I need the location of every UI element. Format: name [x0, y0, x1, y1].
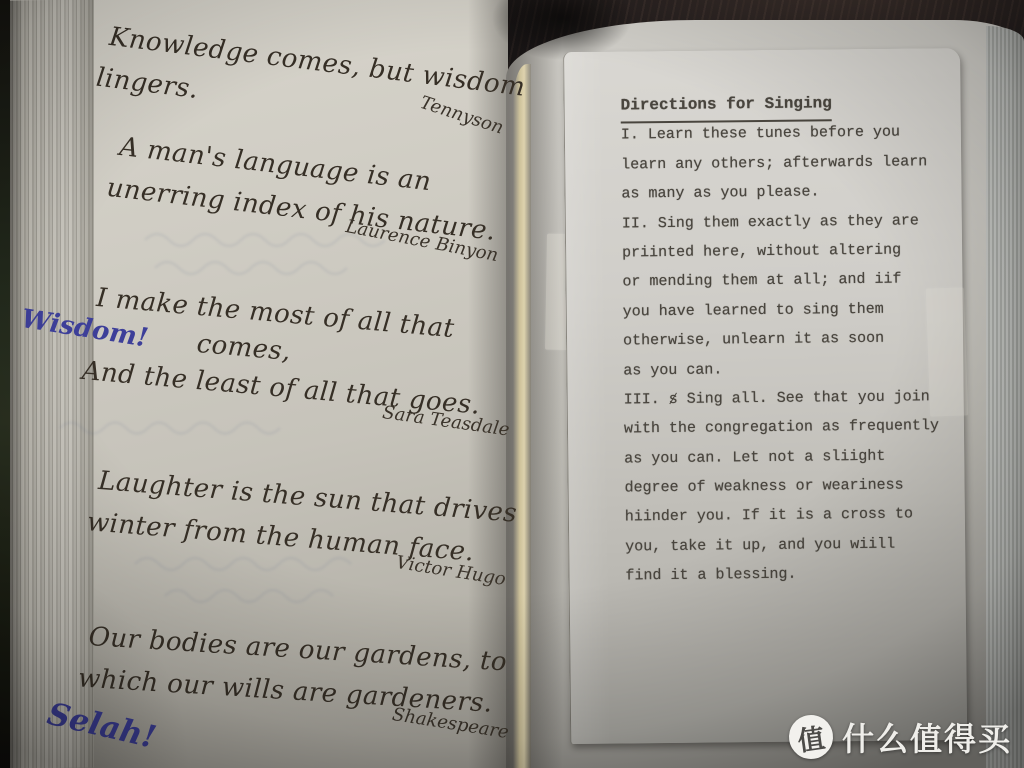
typed-line: degree of weakness or weariness	[624, 470, 954, 503]
typed-line: as you can. Let not a sliight	[624, 441, 954, 474]
typed-line: you, take it up, and you wiill	[625, 529, 955, 562]
typed-line: with the congregation as frequently	[624, 411, 954, 444]
typed-line: priinted here, without altering	[622, 235, 952, 268]
typed-line: you have learned to sing them	[623, 294, 953, 327]
typed-line-iii-pre: III.	[624, 391, 669, 408]
typed-text-block: Directions for Singing I. Learn these tu…	[620, 88, 955, 591]
typed-line: I. Learn these tunes before you	[621, 117, 951, 150]
right-page-edge-stack	[986, 26, 1024, 768]
typed-line: find it a blessing.	[625, 558, 955, 591]
typed-line-iii: III. s Sing all. See that you join	[624, 382, 954, 415]
typed-line: as many as you please.	[621, 176, 951, 209]
smzdm-watermark: 值 什么值得买	[789, 714, 1012, 760]
gutter-page-edge	[513, 64, 531, 768]
typed-sheet: Directions for Singing I. Learn these tu…	[563, 48, 967, 744]
typed-line: otherwise, unlearn it as soon	[623, 323, 953, 356]
smzdm-logo-icon: 值	[786, 712, 836, 762]
typed-line: as you can.	[623, 353, 953, 386]
struck-out-character: s	[669, 385, 678, 414]
ink-bleed-through	[55, 408, 355, 442]
typed-line-iii-post: Sing all. See that you join	[678, 388, 930, 408]
typed-line: learn any others; afterwards learn	[621, 147, 951, 180]
typed-line: hiinder you. If it is a cross to	[625, 499, 955, 532]
book-photo: Knowledge comes, but wisdom lingers. Ten…	[0, 0, 1024, 768]
typed-line: or mending them at all; and iif	[622, 264, 952, 297]
tape-strip	[926, 287, 968, 416]
typed-line: II. Sing them exactly as they are	[622, 206, 952, 239]
smzdm-logo-char: 值	[795, 716, 827, 758]
smzdm-site-name: 什么值得买	[842, 714, 1012, 760]
